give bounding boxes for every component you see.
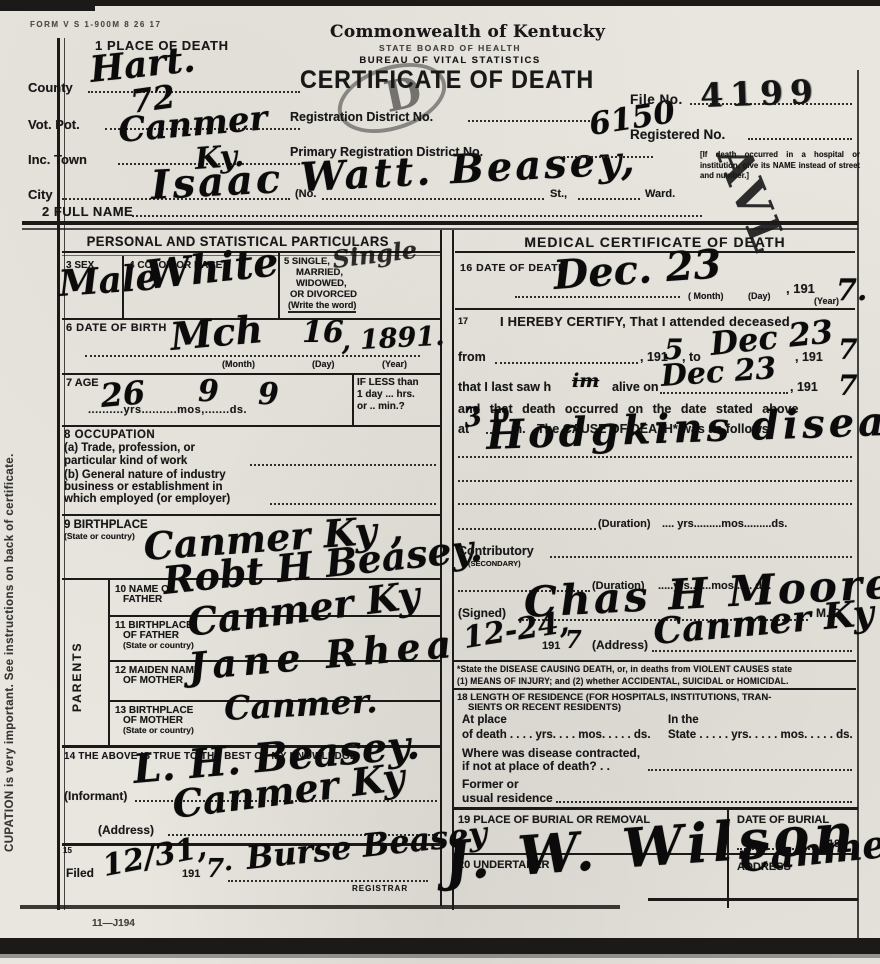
marital-line-1: 5 SINGLE, (284, 256, 330, 267)
at-place-units-line: of death . . . . yrs. . . . mos. . . . .… (462, 729, 651, 741)
marital-line-3: WIDOWED, (296, 278, 347, 289)
footnote-line-2: (1) MEANS OF INJURY; and (2) whether ACC… (457, 676, 789, 686)
date-of-death-value: Dec. 23 (552, 244, 722, 296)
registration-district-leader (468, 120, 590, 122)
parents-inner-divider (108, 578, 110, 746)
occupation-label: 8 OCCUPATION (64, 429, 155, 441)
filed-year-hw: 7· (206, 856, 233, 882)
left-column-bottom-rule (20, 905, 620, 909)
row-footnote-bottom (452, 688, 856, 690)
age-ifless-divider (352, 373, 354, 425)
occupation-a-leader (250, 464, 436, 466)
certify-saw-date-hw: Dec 23 (660, 354, 777, 392)
filed-label: Filed (66, 866, 94, 880)
bureau-heading: BUREAU OF VITAL STATISTICS (330, 55, 570, 66)
scan-top-bar (0, 0, 880, 6)
city-label: City (28, 187, 53, 202)
margin-instructions-note: CUPATION is very important. See instruct… (4, 453, 16, 852)
scan-bottom-bar (0, 938, 880, 954)
dob-month-caption: (Month) (222, 359, 255, 369)
primary-registration-label: Primary Registration District No. (290, 145, 483, 159)
mother-birthplace-value: Canmer. (223, 684, 378, 725)
age-label: 7 AGE (66, 377, 99, 389)
form-code: FORM V S 1-900M 8 26 17 (30, 20, 161, 29)
age-months-value: 9 (198, 377, 219, 407)
contracted-leader (648, 769, 852, 771)
dob-leader (85, 355, 420, 357)
contributory-label: Contributory (458, 544, 534, 558)
board-heading: STATE BOARD OF HEALTH (330, 43, 570, 53)
dod-year-hw: 7. (836, 276, 867, 306)
certify-from-label: from (458, 350, 486, 364)
registered-no-label: Registered No. (630, 127, 725, 142)
row-dod-bottom (455, 308, 855, 310)
commonwealth-heading: Commonwealth of Kentucky (330, 22, 570, 42)
duration-units: .... yrs.........mos.........ds. (662, 518, 787, 530)
county-leader (88, 91, 300, 93)
occupation-a-line-1: (a) Trade, profession, or (64, 442, 195, 454)
section-divider-rule-1 (22, 221, 858, 225)
registered-no-leader (748, 138, 852, 140)
marital-line-5: (Write the word) (288, 300, 356, 313)
signed-address-leader (652, 650, 852, 652)
dob-month-value: Mch (169, 310, 265, 356)
if-less-line-2: 1 day ... hrs. (357, 389, 415, 400)
filed-year-print: 191 (182, 868, 200, 880)
certify-saw-year-hw: 7 (838, 372, 857, 400)
primary-registration-leader (558, 156, 653, 158)
color-marital-divider (278, 252, 280, 318)
cert-left-border-outer (57, 38, 60, 910)
sex-color-divider (122, 256, 124, 318)
st-label: St., (550, 188, 567, 200)
at-place-label: At place (462, 714, 507, 726)
row-dob-bottom (62, 373, 440, 375)
dod-year-print: , 191 (786, 281, 815, 296)
certify-saw-leader (660, 392, 788, 394)
residence-label-line-2: SIENTS OR RECENT RESIDENTS) (468, 702, 621, 713)
date-of-death-leader (515, 296, 680, 298)
filed-section-number: 15 (63, 846, 72, 855)
row-signed-bottom (452, 660, 856, 662)
cause-leader-1 (458, 456, 852, 458)
certify-to-year-hw: 7 (838, 336, 857, 364)
former-line-2: usual residence (462, 791, 553, 805)
marital-line-4: OR DIVORCED (290, 289, 357, 300)
former-line-1: Former or (462, 777, 519, 791)
certify-saw-post: alive on (612, 380, 659, 394)
st-leader (578, 198, 640, 200)
certify-saw-year-print: , 191 (790, 380, 818, 394)
row-age-bottom (62, 425, 440, 427)
dob-day-caption: (Day) (312, 359, 335, 369)
county-label: County (28, 80, 73, 95)
registrar-label: REGISTRAR (352, 884, 408, 893)
age-units-line: ..........yrs..........mos,.......ds. (88, 404, 247, 416)
form-footer-code: 11—J194 (92, 918, 135, 929)
ward-label: Ward. (645, 188, 675, 200)
undertaker-address-rule (648, 898, 858, 901)
contributory-leader (550, 556, 852, 558)
dob-year-caption: (Year) (382, 359, 407, 369)
cause-leader-2 (458, 480, 852, 482)
occupation-b-line-2: business or establishment in (64, 481, 222, 493)
mother-birthplace-sub: (State or country) (123, 725, 194, 735)
dob-label: 6 DATE OF BIRTH (66, 322, 167, 334)
in-the-label: In the (668, 714, 699, 726)
signed-date-hw2: 7 (565, 628, 582, 652)
parents-vertical-label: PARENTS (70, 642, 84, 712)
occupation-b-line-3: which employed (or employer) (64, 493, 230, 505)
scan-bottom-bar-shadow (0, 954, 880, 958)
cause-leader-3 (458, 503, 852, 505)
file-no-label: File No. (630, 92, 683, 107)
certify-saw-pre: that I last saw h (458, 380, 551, 394)
father-name-label-2: FATHER (123, 594, 162, 605)
mother-maiden-label-2: OF MOTHER (123, 675, 183, 686)
dod-day-caption: (Day) (748, 291, 771, 301)
dod-year-caption: (Year) (814, 296, 839, 306)
inc-town-value: Canmer (117, 101, 269, 148)
occupation-b-line-1: (b) General nature of industry (64, 469, 226, 481)
occupation-a-line-2: particular kind of work (64, 455, 187, 467)
father-birthplace-sub: (State or country) (123, 640, 194, 650)
date-of-death-label: 16 DATE OF DEATH (460, 262, 566, 274)
marital-value: Single (331, 238, 418, 272)
dob-year-value: , 1891. (341, 323, 446, 355)
informant-label: (Informant) (64, 789, 127, 803)
if-less-line-3: or .. min.? (357, 401, 405, 412)
vot-pot-label: Vot. Pot. (28, 117, 80, 132)
occupation-b-leader (270, 503, 436, 505)
birthplace-label: 9 BIRTHPLACE (64, 519, 148, 531)
informant-address-label: (Address) (98, 823, 154, 837)
age-days-value: 9 (258, 380, 279, 410)
contracted-line-1: Where was disease contracted, (462, 746, 640, 760)
duration-leader (458, 528, 596, 530)
certify-section-number: 17 (458, 316, 468, 326)
certify-from-leader (495, 362, 638, 364)
birthplace-sub-label: (State or country) (64, 531, 135, 541)
secondary-label: (SECONDARY) (468, 559, 521, 568)
in-state-units-line: State . . . . . yrs. . . . . mos. . . . … (668, 729, 853, 741)
scan-top-bar-smudge (0, 0, 95, 11)
signed-address-label: (Address) (592, 638, 648, 652)
footnote-line-1: *State the DISEASE CAUSING DEATH, or, in… (457, 664, 792, 674)
filed-leader (228, 880, 428, 882)
full-name-label: 2 FULL NAME (42, 204, 133, 219)
certify-saw-him-hw: im (572, 372, 599, 391)
inc-town-label: Inc. Town (28, 152, 87, 167)
dod-month-caption: ( Month) (688, 291, 723, 301)
signed-date-print: 191 (542, 640, 560, 652)
death-certificate-scan: CUPATION is very important. See instruct… (0, 0, 880, 964)
color-race-value: White (144, 242, 281, 296)
contracted-line-2: if not at place of death? . . (462, 759, 610, 773)
dob-day-value: 16 (302, 318, 344, 348)
full-name-leader (132, 215, 702, 217)
duration-label: (Duration) (598, 518, 651, 530)
certify-to-year-print: , 191 (795, 350, 823, 364)
if-less-line-1: IF LESS than (357, 377, 419, 388)
file-no-stamp: 4199 (699, 72, 820, 115)
